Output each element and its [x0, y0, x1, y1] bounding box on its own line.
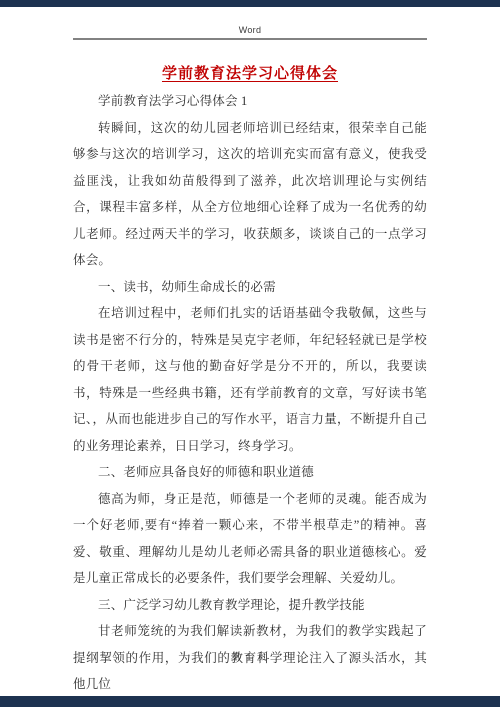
paragraph: 转瞬间，这次的幼儿园老师培训已经结束，很荣幸自己能够参与这次的培训学习，这次的培…: [73, 115, 427, 274]
paragraph: 德高为师，身正是范，师德是一个老师的灵魂。能否成为一个好老师,要有“捧着一颗心来…: [73, 486, 427, 592]
top-decoration-bar: [0, 0, 500, 7]
header-rule: [73, 38, 427, 40]
paragraph: 在培训过程中，老师们扎实的话语基础令我敬佩，这些与读书是密不行分的，特殊是吴克宇…: [73, 300, 427, 459]
paragraph-container: 转瞬间，这次的幼儿园老师培训已经结束，很荣幸自己能够参与这次的培训学习，这次的培…: [73, 115, 427, 698]
document-body: 学前教育法学习心得体会 1 转瞬间，这次的幼儿园老师培训已经结束，很荣幸自己能够…: [73, 88, 427, 698]
bottom-decoration-bar: [0, 696, 500, 707]
section-heading: 一、读书，幼师生命成长的必需: [73, 274, 427, 301]
page-header: Word: [73, 25, 427, 40]
document-subtitle: 学前教育法学习心得体会 1: [73, 88, 427, 115]
document-title: 学前教育法学习心得体会: [0, 62, 500, 83]
section-heading: 二、老师应具备良好的师德和职业道德: [73, 459, 427, 486]
header-app-label: Word: [73, 25, 427, 35]
document-page: Word 学前教育法学习心得体会 学前教育法学习心得体会 1 转瞬间，这次的幼儿…: [0, 0, 500, 707]
page-footer: 第 1 页: [0, 650, 500, 663]
page-number: 第 1 页: [231, 652, 268, 662]
section-heading: 三、广泛学习幼儿教育教学理论，提升教学技能: [73, 592, 427, 619]
